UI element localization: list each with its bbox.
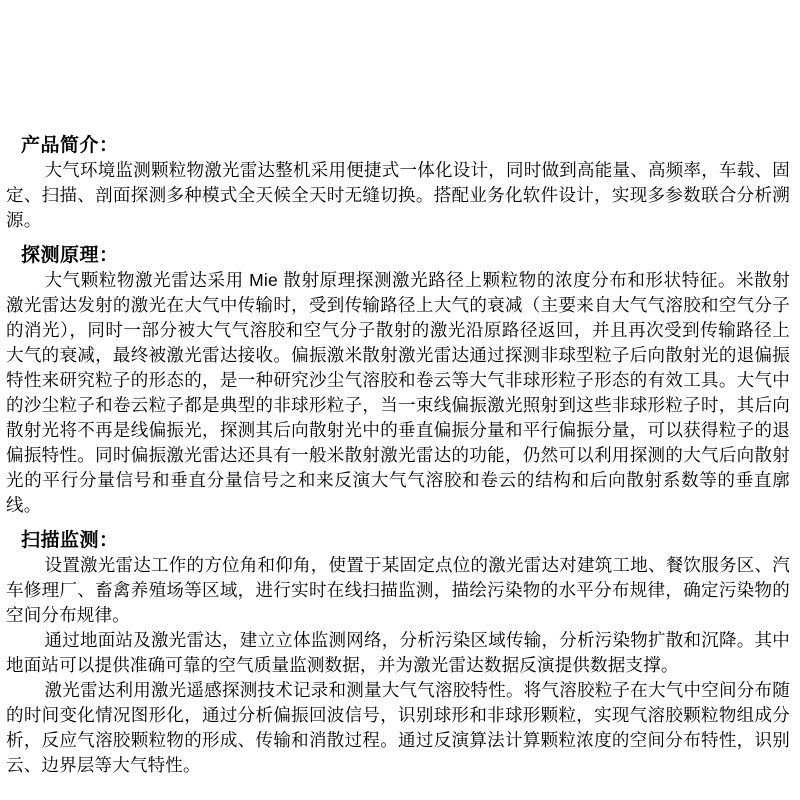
section-detection-principle: 探测原理： 大气颗粒物激光雷达采用 Mie 散射原理探测激光路径上颗粒物的浓度分…	[6, 243, 790, 518]
document-page: 产品简介： 大气环境监测颗粒物激光雷达整机采用便捷式一体化设计，同时做到高能量、…	[0, 0, 800, 800]
paragraph-scan-monitoring-1: 设置激光雷达工作的方位角和仰角，使置于某固定点位的激光雷达对建筑工地、餐饮服务区…	[6, 553, 790, 628]
section-product-intro: 产品简介： 大气环境监测颗粒物激光雷达整机采用便捷式一体化设计，同时做到高能量、…	[6, 133, 790, 233]
section-heading-detection-principle: 探测原理：	[21, 243, 790, 268]
section-heading-scan-monitoring: 扫描监测：	[21, 528, 790, 553]
paragraph-scan-monitoring-2: 通过地面站及激光雷达，建立立体监测网络，分析污染区域传输，分析污染物扩散和沉降。…	[6, 628, 790, 678]
paragraph-scan-monitoring-3: 激光雷达利用激光遥感探测技术记录和测量大气气溶胶特性。将气溶胶粒子在大气中空间分…	[6, 678, 790, 778]
section-scan-monitoring: 扫描监测： 设置激光雷达工作的方位角和仰角，使置于某固定点位的激光雷达对建筑工地…	[6, 528, 790, 778]
paragraph-detection-principle: 大气颗粒物激光雷达采用 Mie 散射原理探测激光路径上颗粒物的浓度分布和形状特征…	[6, 268, 790, 518]
section-heading-product-intro: 产品简介：	[21, 133, 790, 158]
paragraph-product-intro: 大气环境监测颗粒物激光雷达整机采用便捷式一体化设计，同时做到高能量、高频率，车载…	[6, 158, 790, 233]
document-body: 产品简介： 大气环境监测颗粒物激光雷达整机采用便捷式一体化设计，同时做到高能量、…	[0, 0, 800, 778]
